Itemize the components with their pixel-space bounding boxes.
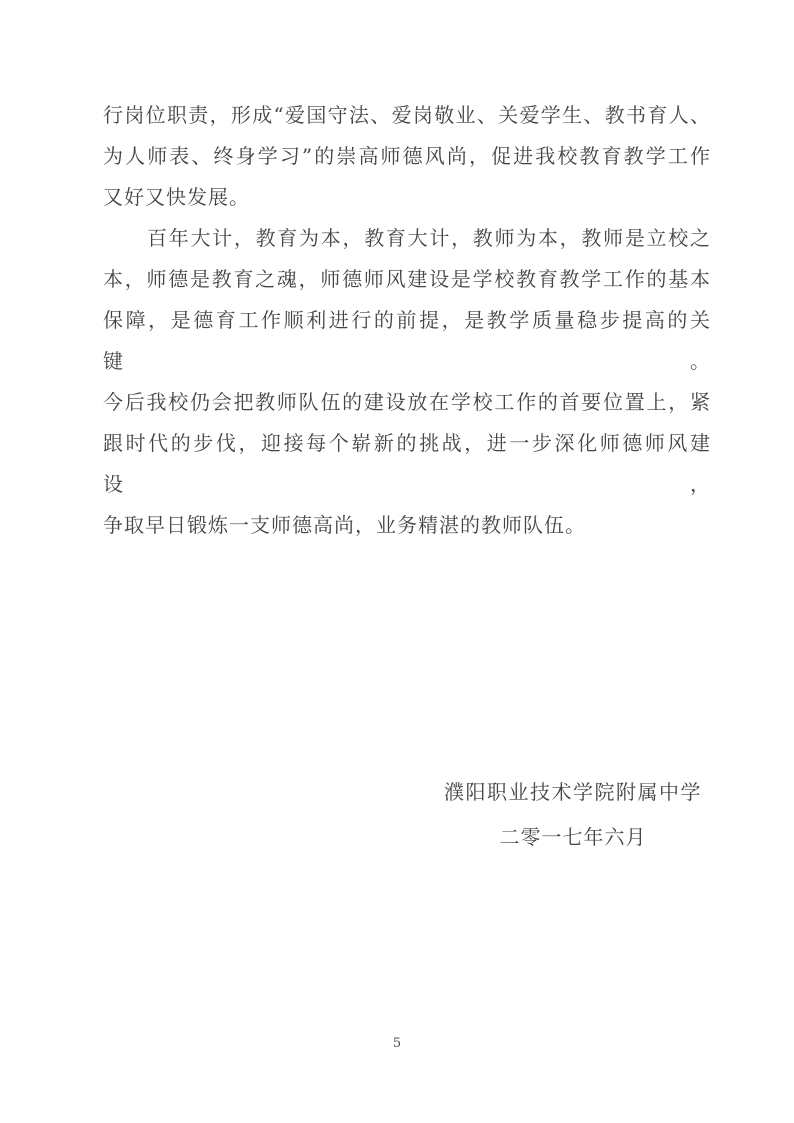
text-line: 又好又快发展。 [103,177,711,218]
text-line: 百年大计，教育为本，教育大计，教师为本，教师是立校之 [103,218,711,259]
text-line: 本，师德是教育之魂，师德师风建设是学校教育教学工作的基本 [103,259,711,300]
body-text: 行岗位职责，形成“爱国守法、爱岗敬业、关爱学生、教书育人、 为人师表、终身学习”… [103,95,711,546]
text-line: 跟时代的步伐，迎接每个崭新的挑战，进一步深化师德师风建设， [103,423,711,505]
text-line: 今后我校仍会把教师队伍的建设放在学校工作的首要位置上，紧 [103,382,711,423]
signature-date: 二零一七年六月 [444,815,702,860]
text-line: 争取早日锻炼一支师德高尚，业务精湛的教师队伍。 [103,505,711,546]
signature-organization: 濮阳职业技术学院附属中学 [444,770,702,815]
text-line: 行岗位职责，形成“爱国守法、爱岗敬业、关爱学生、教书育人、 [103,95,711,136]
text-line: 保障，是德育工作顺利进行的前提，是教学质量稳步提高的关键。 [103,300,711,382]
page-number: 5 [0,1036,794,1051]
document-page: 行岗位职责，形成“爱国守法、爱岗敬业、关爱学生、教书育人、 为人师表、终身学习”… [0,0,794,1123]
text-line: 为人师表、终身学习”的崇高师德风尚，促进我校教育教学工作 [103,136,711,177]
signature-block: 濮阳职业技术学院附属中学 二零一七年六月 [444,770,702,860]
